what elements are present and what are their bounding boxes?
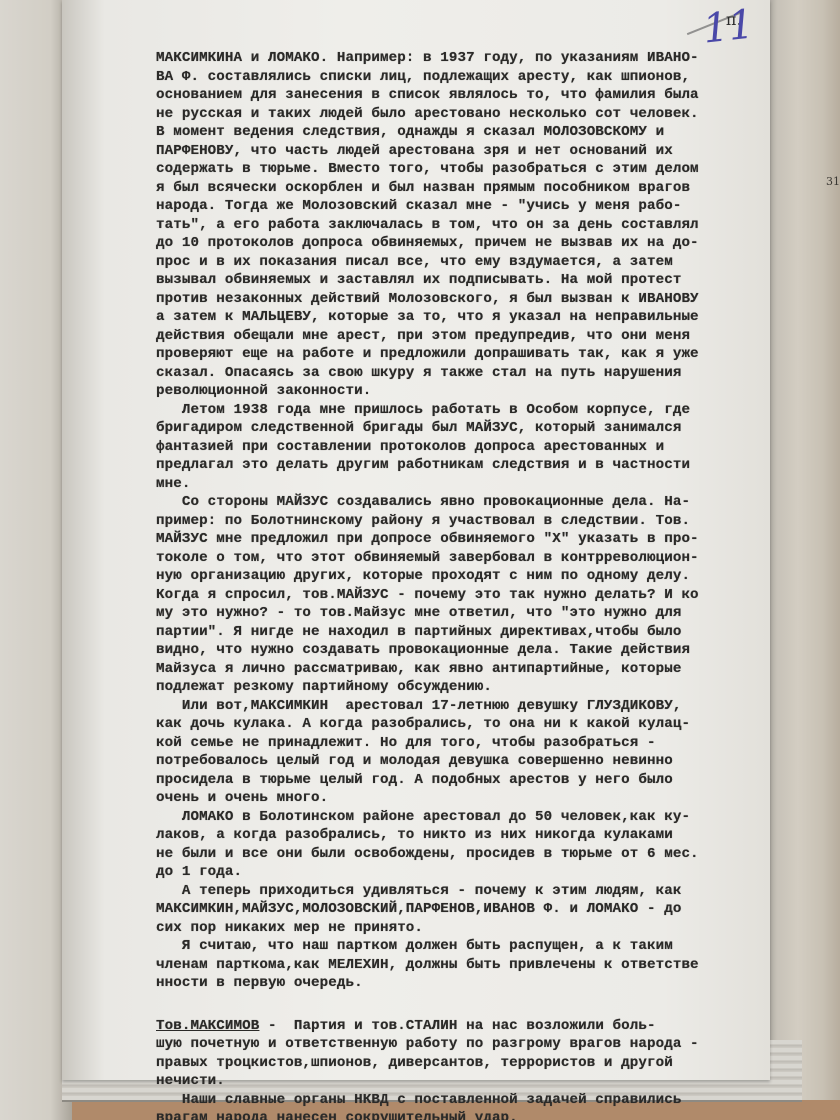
text-line: до 1 года. — [156, 863, 796, 882]
text-line: очень и очень много. — [156, 789, 796, 808]
text-line: Я считаю, что наш партком должен быть ра… — [156, 937, 796, 956]
text-line: революционной законности. — [156, 382, 796, 401]
body-part-1: МАКСИМКИНА и ЛОМАКО. Например: в 1937 го… — [156, 49, 796, 993]
text-line: правых троцкистов,шпионов, диверсантов, … — [156, 1054, 796, 1073]
text-line: против незаконных действий Молозовского,… — [156, 290, 796, 309]
text-line: сих пор никаких мер не принято. — [156, 919, 796, 938]
text-line: основанием для занесения в список являло… — [156, 86, 796, 105]
text-line: ЛОМАКО в Болотинском районе арестовал до… — [156, 808, 796, 827]
text-line: проверяют еще на работе и предложили доп… — [156, 345, 796, 364]
text-line: ВА Ф. составлялись списки лиц, подлежащи… — [156, 68, 796, 87]
text-line: лаков, а когда разобрались, то никто из … — [156, 826, 796, 845]
text-line: пример: по Болотнинскому району я участв… — [156, 512, 796, 531]
text-line: прос и в их показания писал все, что ему… — [156, 253, 796, 272]
text-line: фантазией при составлении протоколов доп… — [156, 438, 796, 457]
text-line: потребовалось целый год и молодая девушк… — [156, 752, 796, 771]
text-line: видно, что нужно создавать провокационны… — [156, 641, 796, 660]
text-line: мне. — [156, 475, 796, 494]
text-line: ную организацию других, которые проходят… — [156, 567, 796, 586]
text-line: как дочь кулака. А когда разобрались, то… — [156, 715, 796, 734]
text-line: Или вот,МАКСИМКИН арестовал 17-летнюю де… — [156, 697, 796, 716]
typewritten-body: МАКСИМКИНА и ЛОМАКО. Например: в 1937 го… — [156, 49, 796, 1120]
text-line: я был всячески оскорблен и был назван пр… — [156, 179, 796, 198]
folio-number: 11 — [701, 1, 756, 52]
speaker-line: Тов.МАКСИМОВ - Партия и тов.СТАЛИН на на… — [156, 1017, 796, 1036]
text-line: Летом 1938 года мне пришлось работать в … — [156, 401, 796, 420]
text-line: Со стороны МАЙЗУС создавались явно прово… — [156, 493, 796, 512]
text-line: МАКСИМКИН,МАЙЗУС,МОЛОЗОВСКИЙ,ПАРФЕНОВ,ИВ… — [156, 900, 796, 919]
text-line: тать", а его работа заключалась в том, ч… — [156, 216, 796, 235]
text-line: предлагал это делать другим работникам с… — [156, 456, 796, 475]
text-line: Наши славные органы НКВД с поставленной … — [156, 1091, 796, 1110]
text-line: бригадиром следственной бригады был МАЙЗ… — [156, 419, 796, 438]
text-line: ПАРФЕНОВУ, что часть людей арестована зр… — [156, 142, 796, 161]
text-line: подлежат резкому партийному обсуждению. — [156, 678, 796, 697]
text-line: членам парткома,как МЕЛЕХИН, должны быть… — [156, 956, 796, 975]
text-line: содержать в тюрьме. Вместо того, чтобы р… — [156, 160, 796, 179]
text-line: му это нужно? - то тов.Майзус мне ответи… — [156, 604, 796, 623]
text-line: МАЙЗУС мне предложил при допросе обвиняе… — [156, 530, 796, 549]
text-line: А теперь приходиться удивляться - почему… — [156, 882, 796, 901]
text-line: нности в первую очередь. — [156, 974, 796, 993]
text-line: нечисти. — [156, 1072, 796, 1091]
text-line: не русская и таких людей было арестовано… — [156, 105, 796, 124]
text-line: токоле о том, что этот обвиняемый заверб… — [156, 549, 796, 568]
text-line: шую почетную и ответственную работу по р… — [156, 1035, 796, 1054]
text-line: сказал. Опасаясь за свою шкуру я также с… — [156, 364, 796, 383]
text-line: МАКСИМКИНА и ЛОМАКО. Например: в 1937 го… — [156, 49, 796, 68]
text-line: до 10 протоколов допроса обвиняемых, при… — [156, 234, 796, 253]
paragraph-gap — [156, 993, 796, 1017]
speaker-name: Тов.МАКСИМОВ — [156, 1018, 259, 1034]
text-line: действия обещали мне арест, при этом пре… — [156, 327, 796, 346]
body-part-2: шую почетную и ответственную работу по р… — [156, 1035, 796, 1120]
text-line: Майзуса я лично рассматриваю, как явно а… — [156, 660, 796, 679]
text-line: а затем к МАЛЬЦЕВУ, которые за то, что я… — [156, 308, 796, 327]
text-line: В момент ведения следствия, однажды я ск… — [156, 123, 796, 142]
text-line: врагам народа нанесен сокрушительный уда… — [156, 1109, 796, 1120]
text-line: народа. Тогда же Молозовский сказал мне … — [156, 197, 796, 216]
speaker-line-text: - Партия и тов.СТАЛИН на нас возложили б… — [259, 1018, 655, 1034]
text-line: кой семье не принадлежит. Но для того, ч… — [156, 734, 796, 753]
text-line: не были и все они были освобождены, прос… — [156, 845, 796, 864]
text-line: партии". Я нигде не находил в партийных … — [156, 623, 796, 642]
text-line: просидела в тюрьме целый год. А подобных… — [156, 771, 796, 790]
text-line: Когда я спросил, тов.МАЙЗУС - почему это… — [156, 586, 796, 605]
spine-mark: 31 — [826, 175, 840, 188]
text-line: вызывал обвиняемых и заставлял их подпис… — [156, 271, 796, 290]
